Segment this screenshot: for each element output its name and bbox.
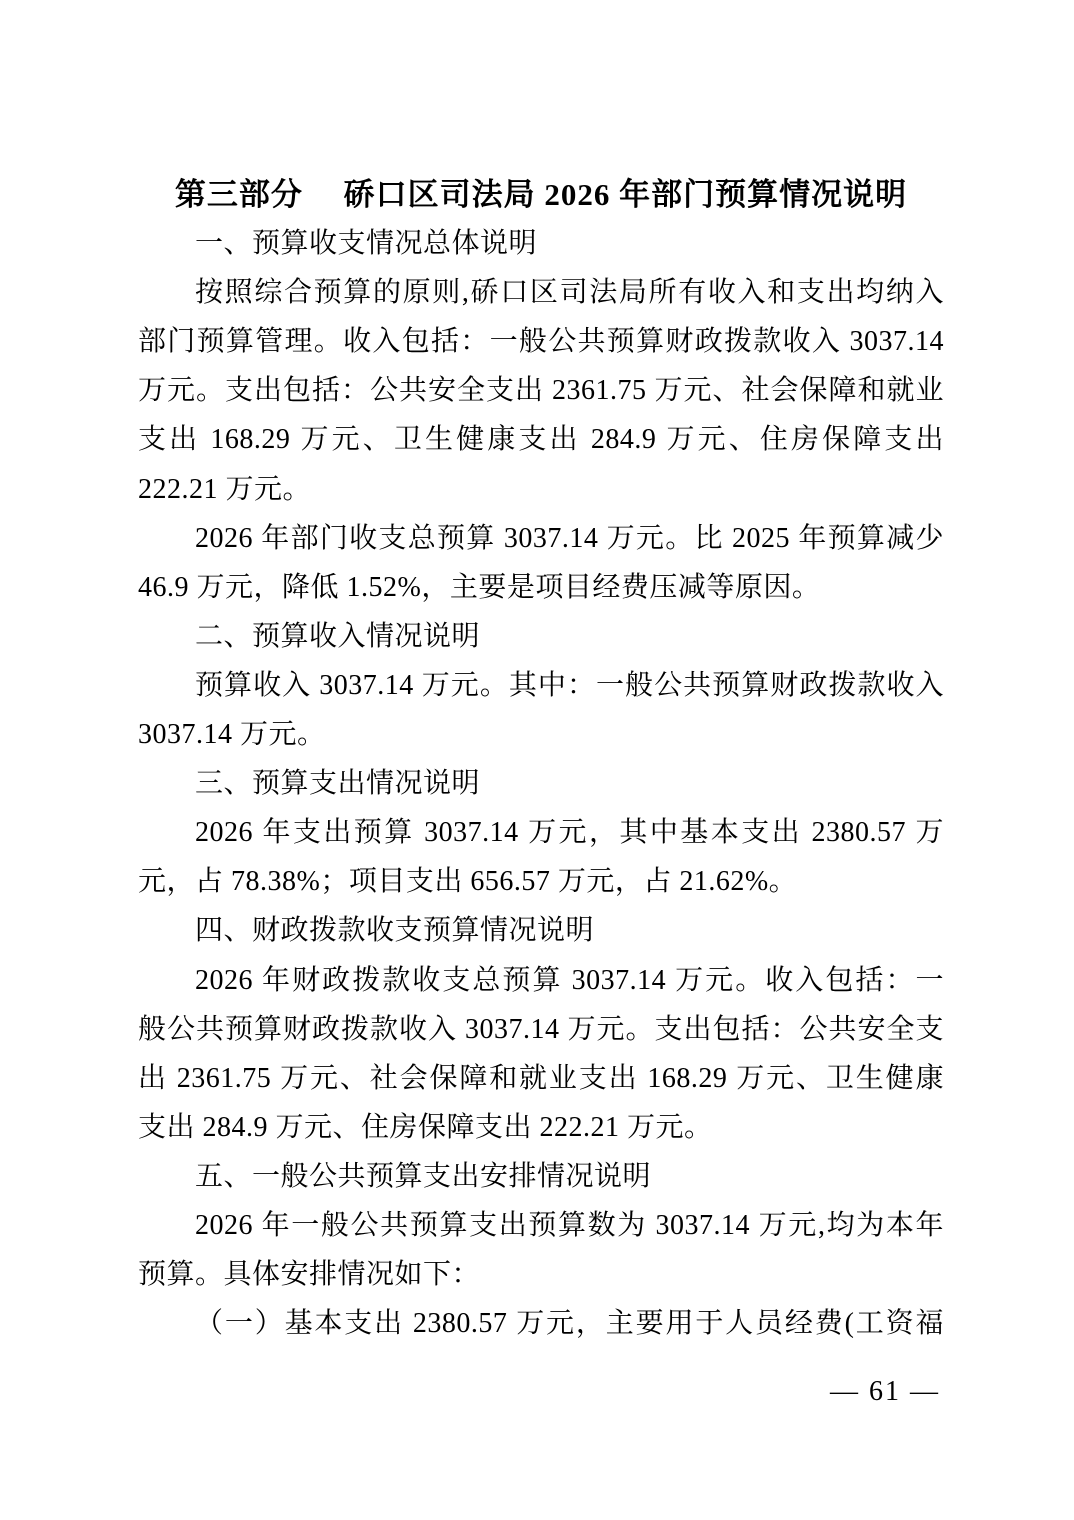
text-line: 般公共预算财政拨款收入 3037.14 万元。支出包括：公共安全支	[138, 1005, 944, 1054]
text-line: 元，占 78.38%；项目支出 656.57 万元，占 21.62%。	[138, 857, 944, 906]
text-line: 一、预算收支情况总体说明	[138, 219, 944, 268]
document-body: 第三部分 硚口区司法局 2026 年部门预算情况说明 一、预算收支情况总体说明按…	[138, 170, 944, 1348]
text-line: 222.21 万元。	[138, 465, 944, 514]
document-title: 第三部分 硚口区司法局 2026 年部门预算情况说明	[138, 170, 944, 219]
text-line: 支出 168.29 万元、卫生健康支出 284.9 万元、住房保障支出	[138, 415, 944, 464]
text-line: 3037.14 万元。	[138, 710, 944, 759]
text-line: 2026 年支出预算 3037.14 万元，其中基本支出 2380.57 万	[138, 808, 944, 857]
text-line: 预算。具体安排情况如下：	[138, 1250, 944, 1299]
text-line: 万元。支出包括：公共安全支出 2361.75 万元、社会保障和就业	[138, 366, 944, 415]
document-page: 第三部分 硚口区司法局 2026 年部门预算情况说明 一、预算收支情况总体说明按…	[0, 0, 1074, 1520]
text-line: 46.9 万元，降低 1.52%，主要是项目经费压减等原因。	[138, 563, 944, 612]
text-line: 二、预算收入情况说明	[138, 612, 944, 661]
page-number: — 61 —	[830, 1372, 940, 1412]
text-line: 2026 年一般公共预算支出预算数为 3037.14 万元,均为本年	[138, 1201, 944, 1250]
text-line: 按照综合预算的原则,硚口区司法局所有收入和支出均纳入	[138, 268, 944, 317]
text-line: 五、一般公共预算支出安排情况说明	[138, 1152, 944, 1201]
text-line: 2026 年部门收支总预算 3037.14 万元。比 2025 年预算减少	[138, 514, 944, 563]
document-lines: 一、预算收支情况总体说明按照综合预算的原则,硚口区司法局所有收入和支出均纳入部门…	[138, 219, 944, 1348]
text-line: 支出 284.9 万元、住房保障支出 222.21 万元。	[138, 1103, 944, 1152]
text-line: 四、财政拨款收支预算情况说明	[138, 906, 944, 955]
text-line: （一）基本支出 2380.57 万元，主要用于人员经费(工资福	[138, 1299, 944, 1348]
text-line: 2026 年财政拨款收支总预算 3037.14 万元。收入包括：一	[138, 956, 944, 1005]
text-line: 预算收入 3037.14 万元。其中：一般公共预算财政拨款收入	[138, 661, 944, 710]
text-line: 部门预算管理。收入包括：一般公共预算财政拨款收入 3037.14	[138, 317, 944, 366]
text-line: 三、预算支出情况说明	[138, 759, 944, 808]
text-line: 出 2361.75 万元、社会保障和就业支出 168.29 万元、卫生健康	[138, 1054, 944, 1103]
